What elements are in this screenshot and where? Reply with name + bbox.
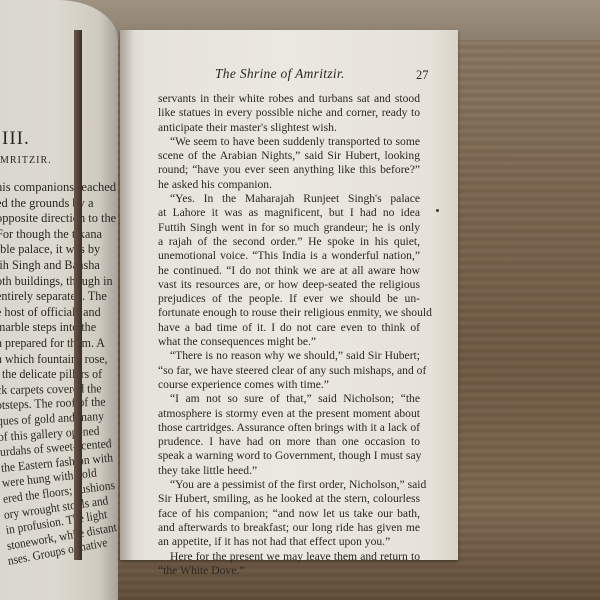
text-line: prejudices of the people. If ever we sho… <box>158 292 420 306</box>
text-line: at Lahore it was as magnificent, but I h… <box>158 206 420 220</box>
text-line: an appetite, if it has not had that effe… <box>158 535 420 549</box>
left-text-line: , the delicate pillars of <box>0 367 102 382</box>
text-line: he asked his companion. <box>158 178 420 192</box>
text-line: those cartridges. Assurance often brings… <box>158 421 420 435</box>
text-line: round; “have you ever seen anything like… <box>158 163 420 177</box>
text-line: “We seem to have been suddenly transport… <box>158 135 420 149</box>
text-line: he continued. “I do not think we are at … <box>158 264 420 278</box>
text-line: they take little heed.” <box>158 464 420 478</box>
text-line: fortunate enough to rouse their religiou… <box>158 306 420 320</box>
left-text-line: entirely separated. The <box>0 289 107 304</box>
page-body-text: servants in their white robes and turban… <box>158 92 420 578</box>
left-text-line: rble palace, it was by <box>0 242 100 257</box>
text-line: servants in their white robes and turban… <box>158 92 420 106</box>
text-line: prudence. I have had on more than one oc… <box>158 435 420 449</box>
text-line: “There is no reason why we should,” said… <box>158 349 420 363</box>
left-text-line: his companions reached <box>0 180 116 195</box>
chapter-number: III. <box>2 128 30 150</box>
running-head: The Shrine of Amritzir. <box>215 66 345 82</box>
paper-spot <box>436 209 439 212</box>
text-line: “the White Dove.” <box>158 564 420 578</box>
text-line: vast its resources are, or how deep-seat… <box>158 278 420 292</box>
text-line: speak a warning word to Government, thou… <box>158 449 420 463</box>
text-line: “You are a pessimist of the first order,… <box>158 478 420 492</box>
left-text-line: n prepared for them. A <box>0 336 105 351</box>
text-line: what the consequences might be.” <box>158 335 420 349</box>
text-line: scene of the Arabian Nights,” said Sir H… <box>158 149 420 163</box>
book-gutter <box>74 30 82 560</box>
chapter-title: MRITZIR. <box>0 155 52 166</box>
page-number: 27 <box>416 68 429 83</box>
text-line: have a bad time of it. I do not care eve… <box>158 321 420 335</box>
text-line: course experience comes with time.” <box>158 378 420 392</box>
left-text-line: opposite direction to the <box>0 211 116 226</box>
text-line: Futtih Singh went in for so much grandeu… <box>158 221 420 235</box>
text-line: Here for the present we may leave them a… <box>158 550 420 564</box>
left-text-line: oth buildings, though in <box>0 274 113 289</box>
text-line: unemotional voice. “This India is a wond… <box>158 249 420 263</box>
left-text-line: For though the tikana <box>0 227 102 242</box>
text-line: face of his companion; “and now let us t… <box>158 507 420 521</box>
left-text-line: e host of officials and <box>0 305 101 320</box>
left-page: III. MRITZIR. his companions reacheded t… <box>0 0 118 600</box>
left-text-line: n which fountains rose, <box>0 352 108 367</box>
text-line: “I am not so sure of that,” said Nichols… <box>158 392 420 406</box>
left-text-line: tih Singh and Baasha <box>0 258 100 273</box>
text-line: and afterwards to breakfast; our long ri… <box>158 521 420 535</box>
text-line: like statues in every possible niche and… <box>158 106 420 120</box>
text-line: “Yes. In the Maharajah Runjeet Singh's p… <box>158 192 420 206</box>
text-line: Sir Hubert, smiling, as he looked at the… <box>158 492 420 506</box>
text-line: “so far, we have steered clear of any su… <box>158 364 420 378</box>
text-line: anticipate their master's slightest wish… <box>158 121 420 135</box>
text-line: a rajah of the second order.” He spoke i… <box>158 235 420 249</box>
left-page-text: III. MRITZIR. his companions reacheded t… <box>0 0 118 600</box>
spine-shadow <box>120 30 134 560</box>
text-line: atmosphere is stormy even at the present… <box>158 407 420 421</box>
